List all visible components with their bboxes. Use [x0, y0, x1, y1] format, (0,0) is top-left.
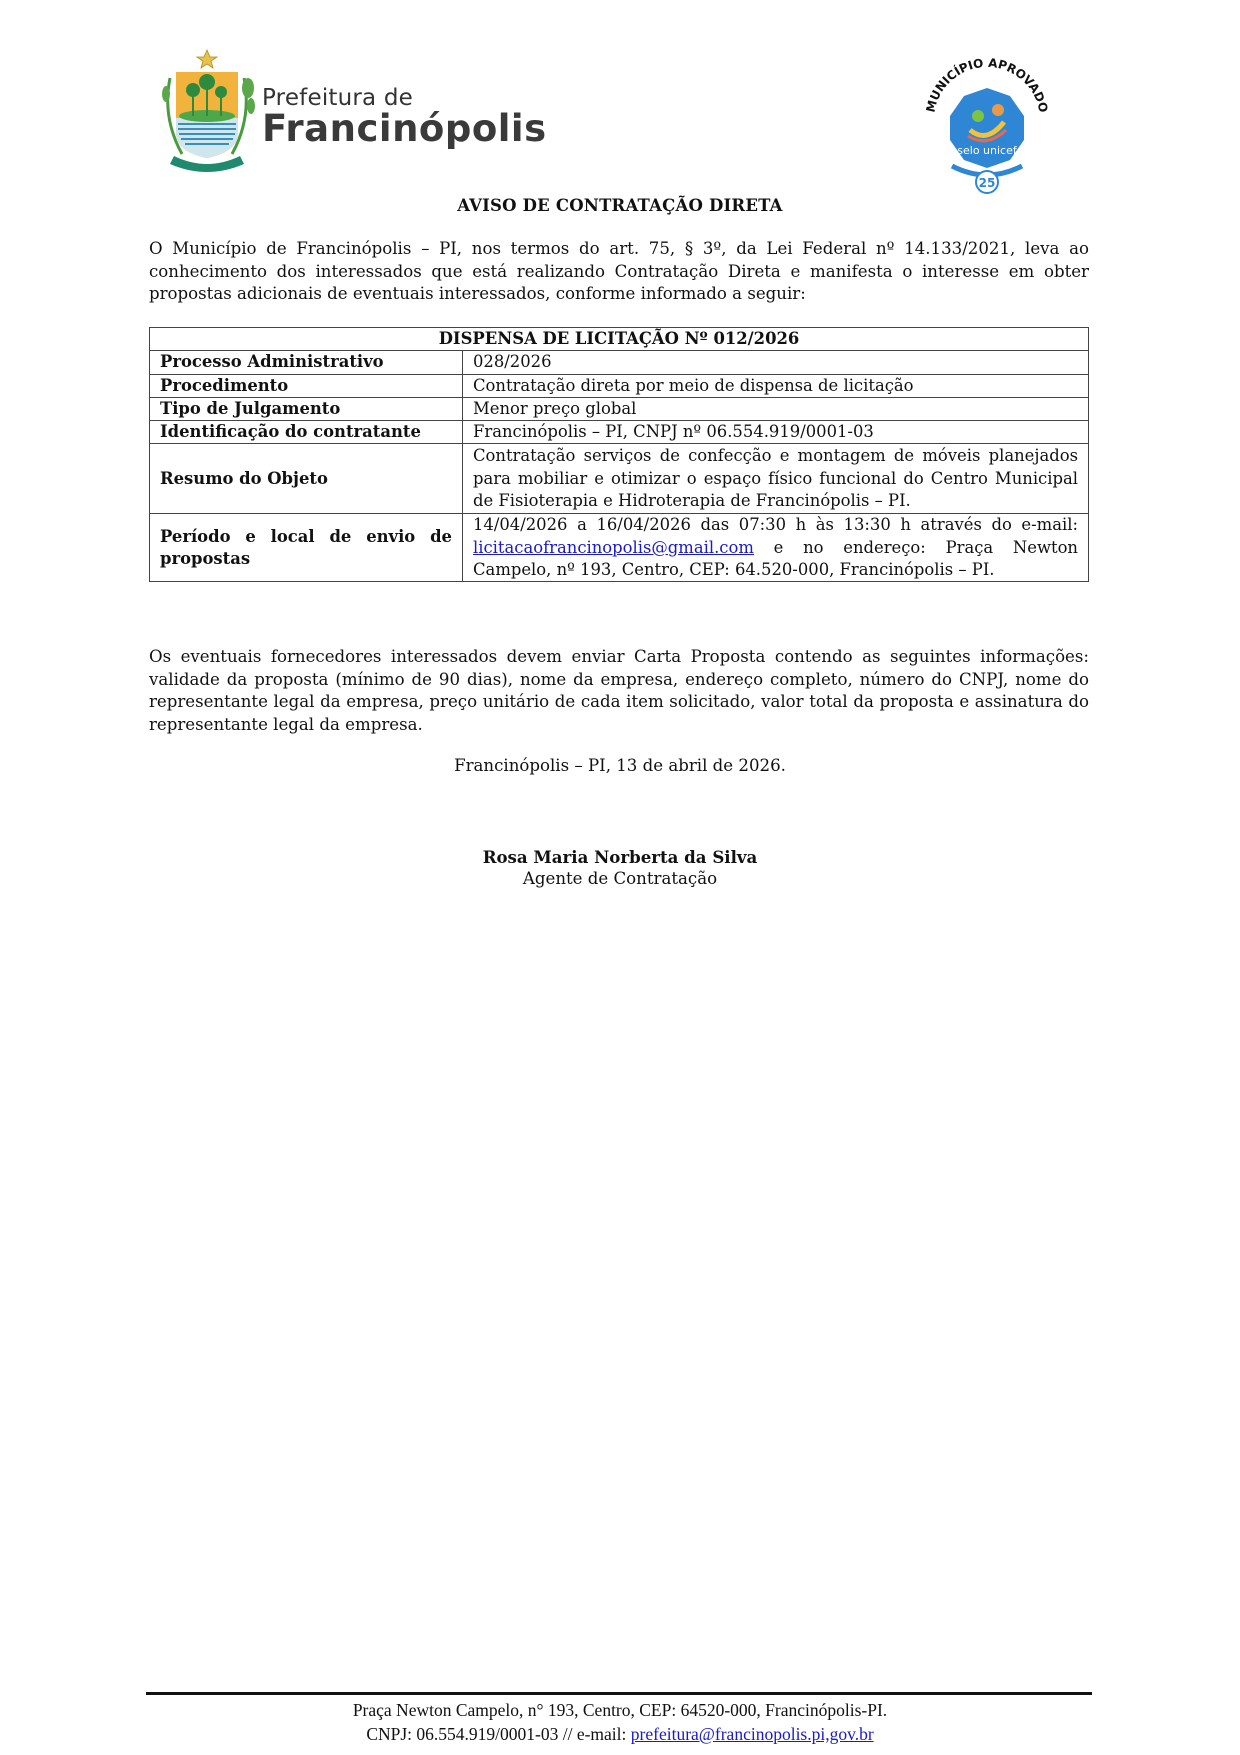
document-title: AVISO DE CONTRATAÇÃO DIRETA: [0, 196, 1240, 215]
signer-role: Agente de Contratação: [0, 868, 1240, 890]
footer-cnpj: CNPJ: 06.554.919/0001-03 // e-mail:: [366, 1724, 630, 1744]
signature-block: Rosa Maria Norberta da Silva Agente de C…: [0, 846, 1240, 890]
dispensa-table: DISPENSA DE LICITAÇÃO Nº 012/2026 Proces…: [149, 327, 1089, 582]
unicef-seal-icon: MUNICÍPIO APROVADO selo unicef 25: [912, 58, 1062, 196]
row-value: Contratação serviços de confecção e mont…: [463, 444, 1089, 514]
row-value: Francinópolis – PI, CNPJ nº 06.554.919/0…: [463, 421, 1089, 444]
row-value: 028/2026: [463, 351, 1089, 374]
table-row: Procedimento Contratação direta por meio…: [150, 374, 1089, 397]
table-row-period: Período e local de envio de propostas 14…: [150, 514, 1089, 582]
row-label: Resumo do Objeto: [150, 444, 463, 514]
row-value: Contratação direta por meio de dispensa …: [463, 374, 1089, 397]
footer: Praça Newton Campelo, n° 193, Centro, CE…: [0, 1698, 1240, 1746]
bidding-email-link[interactable]: licitacaofrancinopolis@gmail.com: [473, 538, 754, 557]
row-label: Tipo de Julgamento: [150, 397, 463, 420]
municipality-brand: Prefeitura de Francinópolis: [262, 86, 547, 148]
footer-email-link[interactable]: prefeitura@francinopolis.pi,gov.br: [631, 1724, 874, 1744]
footer-address: Praça Newton Campelo, n° 193, Centro, CE…: [0, 1698, 1240, 1722]
period-text: 14/04/2026 a 16/04/2026 das 07:30 h às 1…: [473, 515, 1078, 534]
signer-name: Rosa Maria Norberta da Silva: [0, 846, 1240, 868]
table-heading-row: DISPENSA DE LICITAÇÃO Nº 012/2026: [150, 328, 1089, 351]
footer-divider: [146, 1692, 1092, 1695]
row-value: 14/04/2026 a 16/04/2026 das 07:30 h às 1…: [463, 514, 1089, 582]
table-row: Identificação do contratante Francinópol…: [150, 421, 1089, 444]
municipal-coat-of-arms-icon: [148, 48, 266, 176]
instructions-paragraph: Os eventuais fornecedores interessados d…: [149, 646, 1089, 736]
svg-text:25: 25: [979, 176, 996, 190]
place-and-date: Francinópolis – PI, 13 de abril de 2026.: [0, 756, 1240, 775]
table-heading: DISPENSA DE LICITAÇÃO Nº 012/2026: [150, 328, 1089, 351]
table-row: Tipo de Julgamento Menor preço global: [150, 397, 1089, 420]
svg-text:selo unicef: selo unicef: [957, 144, 1018, 157]
table-row: Processo Administrativo 028/2026: [150, 351, 1089, 374]
table-row: Resumo do Objeto Contratação serviços de…: [150, 444, 1089, 514]
intro-paragraph: O Município de Francinópolis – PI, nos t…: [149, 238, 1089, 306]
letterhead: Prefeitura de Francinópolis MUNICÍPIO AP…: [0, 0, 1240, 200]
row-label: Processo Administrativo: [150, 351, 463, 374]
row-label: Período e local de envio de propostas: [150, 514, 463, 582]
row-label: Identificação do contratante: [150, 421, 463, 444]
footer-contact: CNPJ: 06.554.919/0001-03 // e-mail: pref…: [0, 1722, 1240, 1746]
row-value: Menor preço global: [463, 397, 1089, 420]
row-label: Procedimento: [150, 374, 463, 397]
brand-line-francinopolis: Francinópolis: [262, 110, 547, 148]
